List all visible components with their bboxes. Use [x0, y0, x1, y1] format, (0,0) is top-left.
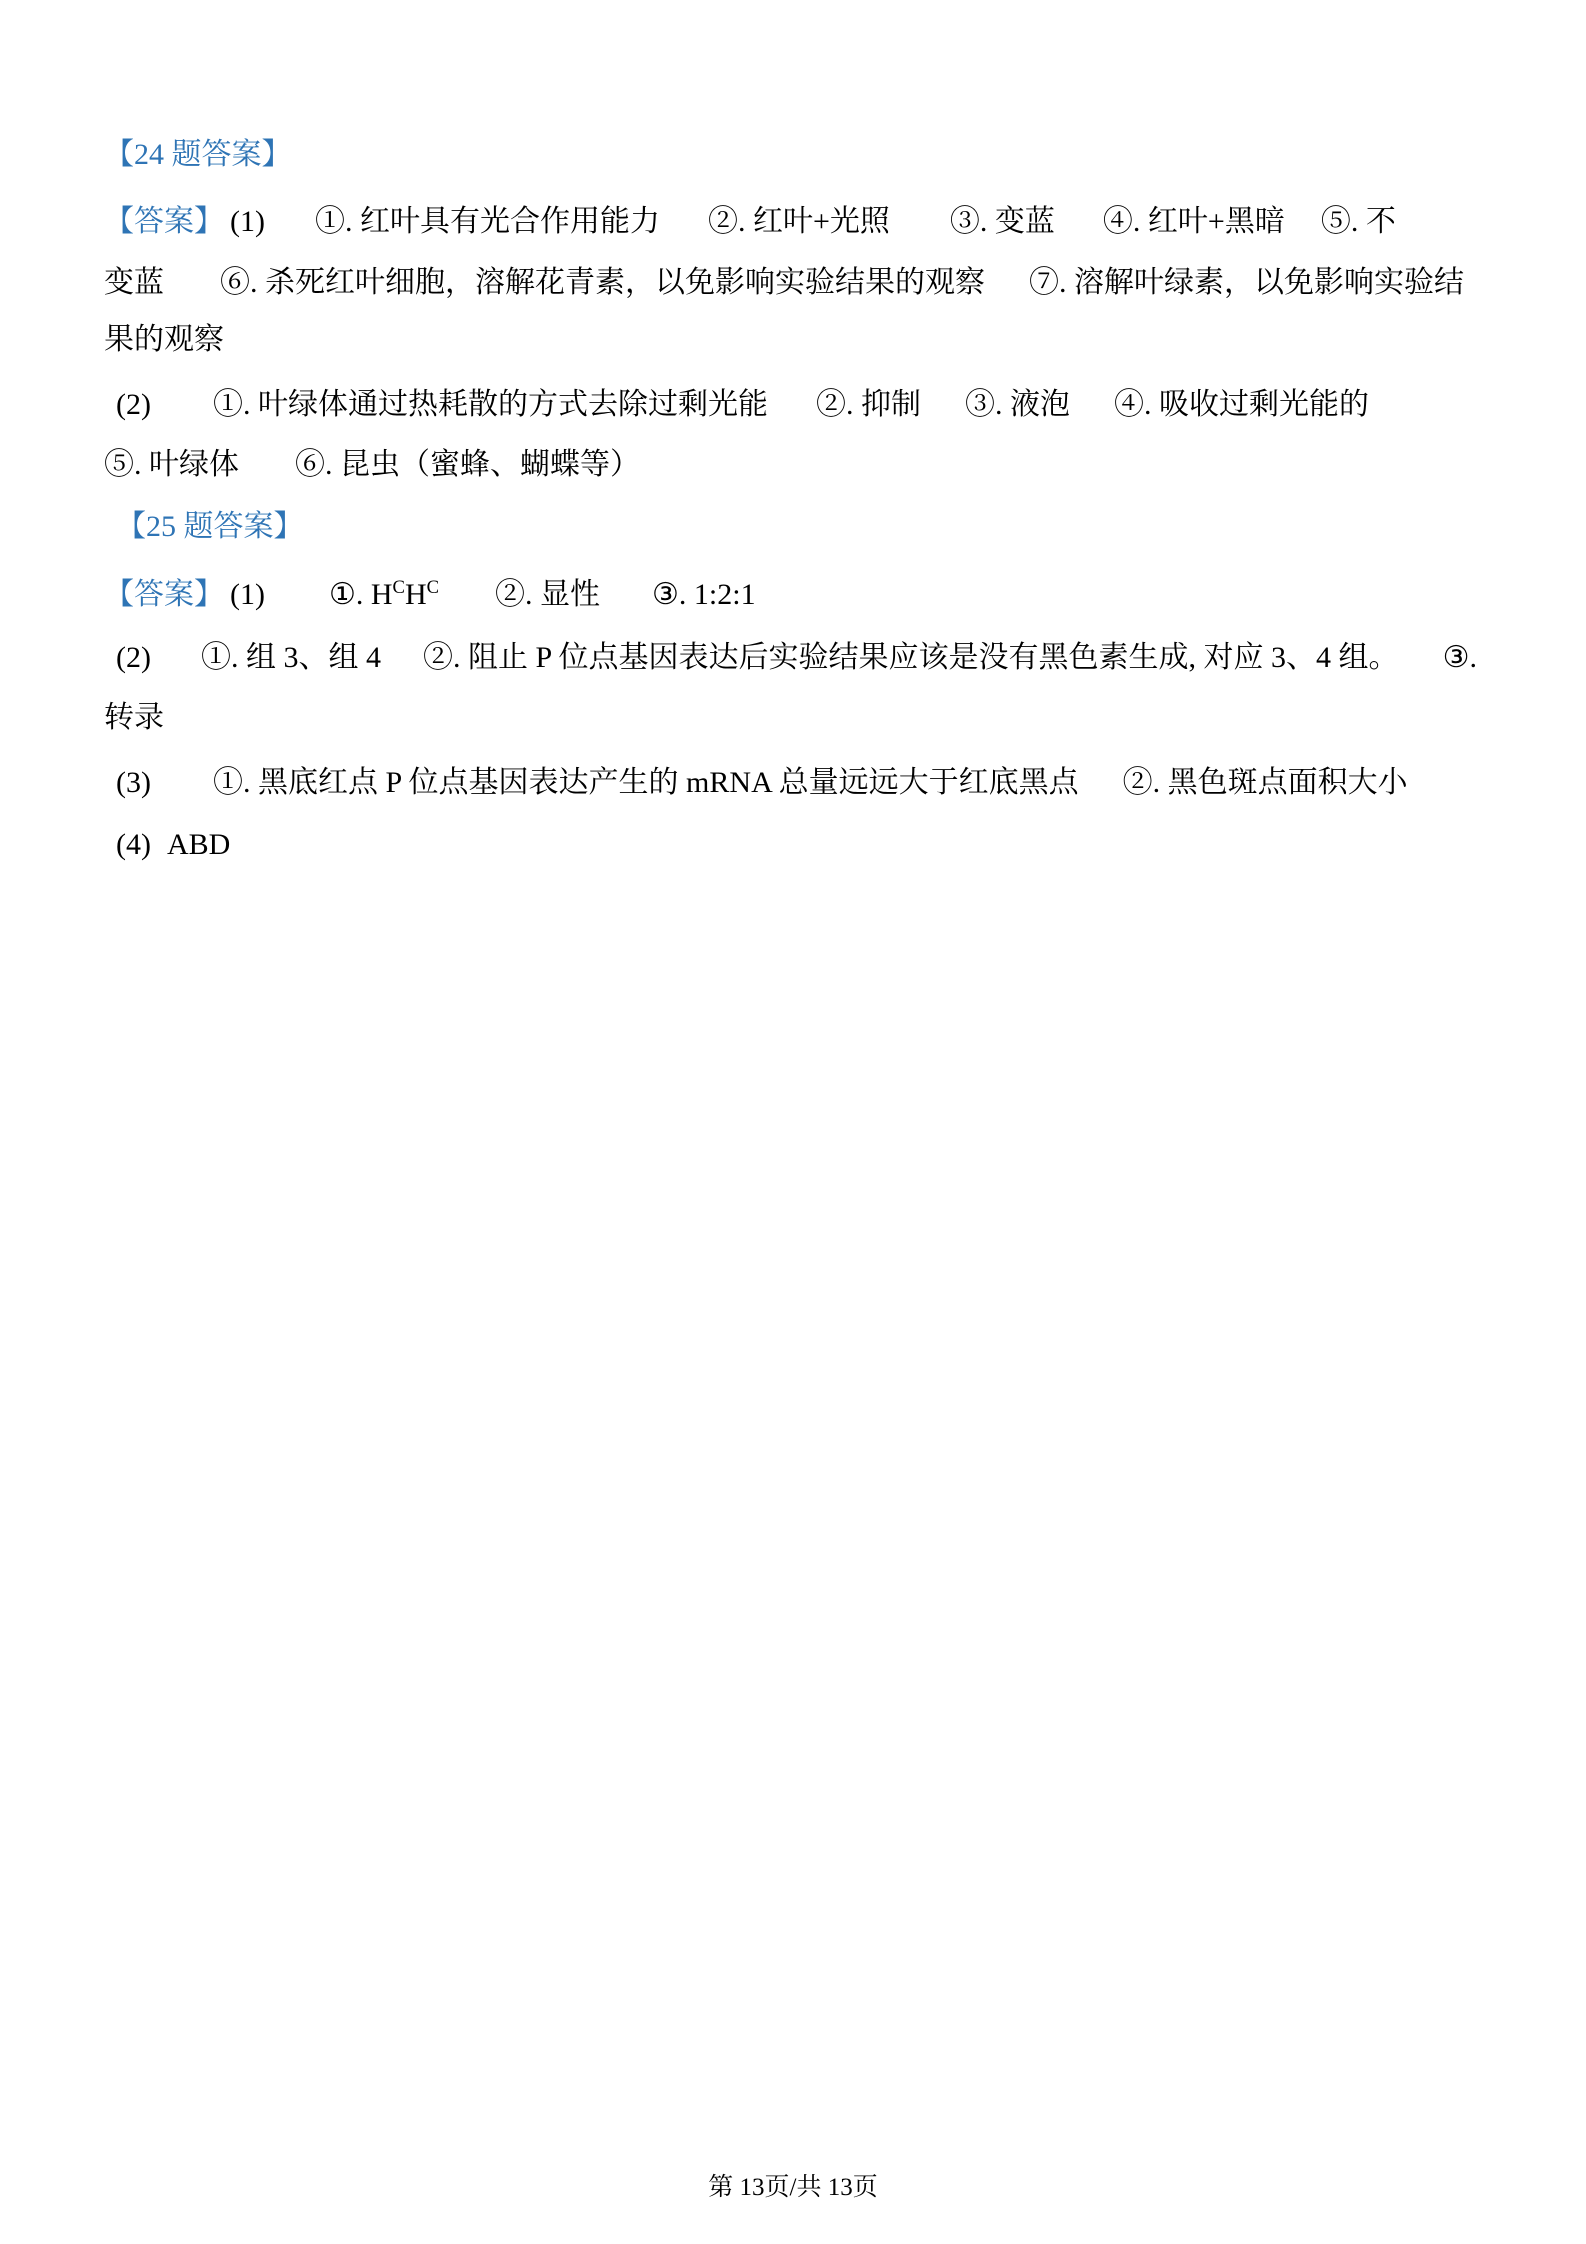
q24-answer-line-1-seg-4: ③. 变蓝: [950, 202, 1055, 242]
q25-answer-line-2-seg-1: ①. 组 3、组 4: [201, 638, 381, 678]
q25-answer-line-2-seg-0: (2): [116, 638, 151, 678]
q25-answer-line-1-seg-6: ②. 显性: [495, 575, 600, 615]
q24-answer-line-4-seg-2: ②. 抑制: [816, 385, 921, 425]
q24-answer-line-4-seg-3: ③. 液泡: [965, 385, 1070, 425]
page-number-footer: 第 13页/共 13页: [0, 2172, 1586, 2204]
q24-answer-line-3: 果的观察: [104, 320, 224, 360]
q25-section-title-seg-0: 【25 题答案】: [116, 507, 304, 547]
q24-answer-line-1-seg-6: ⑤. 不: [1321, 202, 1396, 242]
q24-answer-line-2-seg-0: 变蓝: [104, 263, 164, 303]
q25-answer-line-1-seg-4: H: [405, 575, 427, 615]
q25-answer-line-4-seg-2: ②. 黑色斑点面积大小: [1123, 763, 1408, 803]
q24-answer-line-1: 【答案】(1)①. 红叶具有光合作用能力②. 红叶+光照③. 变蓝④. 红叶+黑…: [104, 202, 1396, 242]
q25-answer-line-2-seg-3: ③.: [1443, 638, 1477, 678]
q25-answer-line-5-seg-0: (4): [116, 825, 151, 865]
q24-answer-line-5-seg-1: ⑥. 昆虫（蜜蜂、蝴蝶等）: [295, 445, 640, 485]
q25-answer-line-1-seg-5: C: [427, 577, 439, 598]
q24-answer-line-3-seg-0: 果的观察: [104, 320, 224, 360]
q25-answer-line-1: 【答案】(1)①. HCHC②. 显性③. 1:2:1: [104, 575, 756, 615]
q25-answer-line-5-seg-1: ABD: [167, 825, 230, 865]
q25-answer-line-2: (2)①. 组 3、组 4②. 阻止 P 位点基因表达后实验结果应该是没有黑色素…: [116, 638, 1477, 678]
q25-answer-line-5: (4)ABD: [116, 825, 230, 865]
q24-answer-line-2: 变蓝⑥. 杀死红叶细胞，溶解花青素，以免影响实验结果的观察⑦. 溶解叶绿素，以免…: [104, 263, 1464, 303]
q25-answer-line-2-seg-2: ②. 阻止 P 位点基因表达后实验结果应该是没有黑色素生成, 对应 3、4 组。: [423, 638, 1399, 678]
q24-section-title-seg-0: 【24 题答案】: [104, 135, 292, 175]
q24-answer-line-5-seg-0: ⑤. 叶绿体: [104, 445, 239, 485]
q24-answer-line-5: ⑤. 叶绿体⑥. 昆虫（蜜蜂、蝴蝶等）: [104, 445, 640, 485]
q24-answer-line-2-seg-1: ⑥. 杀死红叶细胞，溶解花青素，以免影响实验结果的观察: [220, 263, 985, 303]
q25-answer-line-4-seg-0: (3): [116, 763, 151, 803]
q24-answer-line-4-seg-0: (2): [116, 385, 151, 425]
q25-answer-line-3: 转录: [104, 698, 164, 738]
q25-answer-line-1-seg-1: (1): [230, 575, 265, 615]
q25-answer-line-1-seg-2: ①. H: [329, 575, 393, 615]
q24-answer-line-1-seg-2: ①. 红叶具有光合作用能力: [315, 202, 660, 242]
q24-answer-line-2-seg-2: ⑦. 溶解叶绿素，以免影响实验结: [1029, 263, 1464, 303]
q24-answer-line-4-seg-1: ①. 叶绿体通过热耗散的方式去除过剩光能: [213, 385, 768, 425]
q25-answer-line-1-seg-0: 【答案】: [104, 575, 224, 615]
q24-answer-line-4-seg-4: ④. 吸收过剩光能的: [1114, 385, 1369, 425]
q24-answer-line-1-seg-3: ②. 红叶+光照: [708, 202, 890, 242]
q25-answer-line-4: (3)①. 黑底红点 P 位点基因表达产生的 mRNA 总量远远大于红底黑点②.…: [116, 763, 1408, 803]
q24-answer-line-1-seg-5: ④. 红叶+黑暗: [1103, 202, 1285, 242]
q24-answer-line-1-seg-1: (1): [230, 202, 265, 242]
document-page: 【24 题答案】【答案】(1)①. 红叶具有光合作用能力②. 红叶+光照③. 变…: [0, 0, 1586, 2244]
q25-answer-line-1-seg-3: C: [393, 577, 405, 598]
q24-answer-line-4: (2)①. 叶绿体通过热耗散的方式去除过剩光能②. 抑制③. 液泡④. 吸收过剩…: [116, 385, 1369, 425]
q24-answer-line-1-seg-0: 【答案】: [104, 202, 224, 242]
q25-answer-line-1-seg-7: ③. 1:2:1: [652, 575, 756, 615]
q25-section-title: 【25 题答案】: [116, 507, 304, 547]
q25-answer-line-3-seg-0: 转录: [104, 698, 164, 738]
q25-answer-line-4-seg-1: ①. 黑底红点 P 位点基因表达产生的 mRNA 总量远远大于红底黑点: [213, 763, 1079, 803]
q24-section-title: 【24 题答案】: [104, 135, 292, 175]
